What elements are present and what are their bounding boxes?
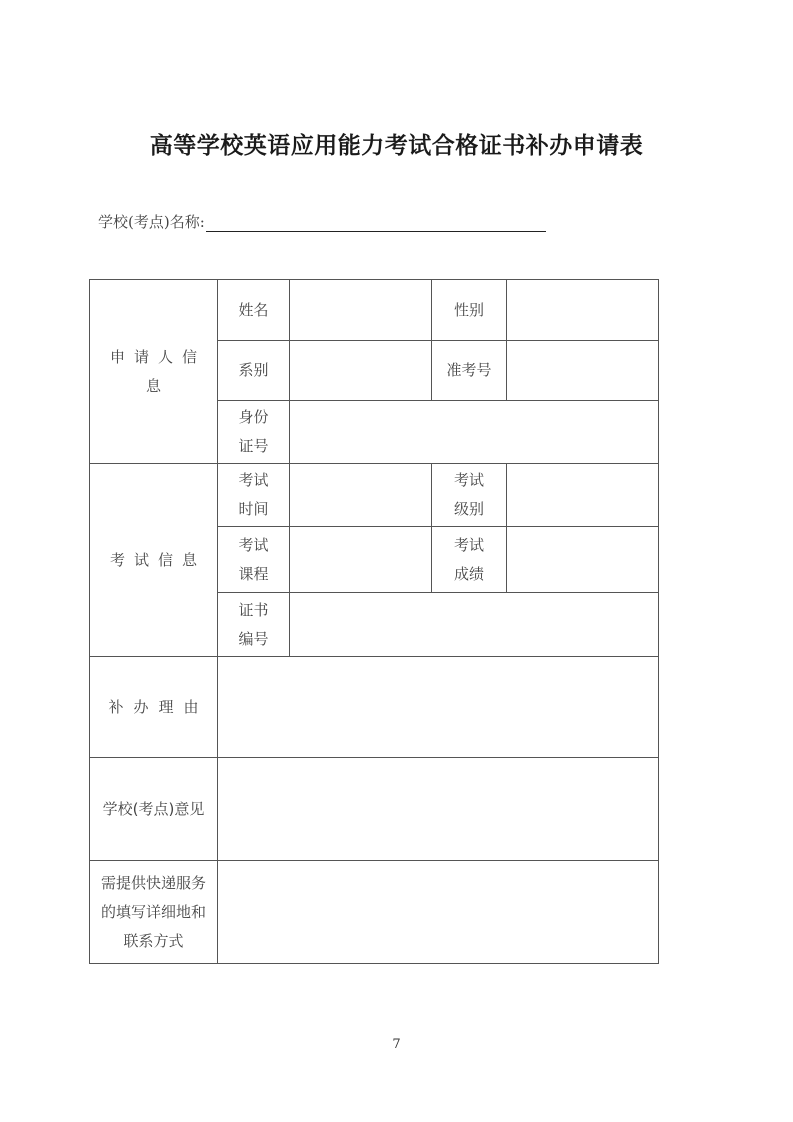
table-row: 申请人信息 姓名 性别 bbox=[90, 280, 659, 341]
section-label-applicant: 申请人信息 bbox=[90, 280, 218, 464]
field-label-department: 系别 bbox=[218, 341, 290, 401]
field-label-certificate-no: 证书 编号 bbox=[218, 593, 290, 657]
label-line: 时间 bbox=[218, 495, 289, 524]
field-label-exam-score: 考试 成绩 bbox=[432, 527, 507, 593]
reason-input[interactable] bbox=[218, 657, 659, 758]
label-line: 级别 bbox=[432, 495, 506, 524]
school-opinion-input[interactable] bbox=[218, 758, 659, 861]
table-row: 需提供快递服务 的填写详细地和 联系方式 bbox=[90, 861, 659, 964]
certificate-no-input[interactable] bbox=[290, 593, 659, 657]
table-row: 学校(考点)意见 bbox=[90, 758, 659, 861]
delivery-address-input[interactable] bbox=[218, 861, 659, 964]
section-label-exam: 考试信息 bbox=[90, 464, 218, 657]
name-input[interactable] bbox=[290, 280, 432, 341]
field-label-id-no: 身份 证号 bbox=[218, 401, 290, 464]
exam-time-input[interactable] bbox=[290, 464, 432, 527]
id-no-input[interactable] bbox=[290, 401, 659, 464]
field-label-gender: 性别 bbox=[432, 280, 507, 341]
exam-level-input[interactable] bbox=[507, 464, 659, 527]
label-line: 考试 bbox=[218, 466, 289, 495]
page-number: 7 bbox=[0, 1037, 793, 1052]
field-label-exam-time: 考试 时间 bbox=[218, 464, 290, 527]
school-name-input[interactable] bbox=[206, 215, 546, 232]
label-line: 的填写详细地和 bbox=[90, 898, 217, 927]
application-form-table: 申请人信息 姓名 性别 系别 准考号 身份 证号 考试信息 考试 时间 考试 级… bbox=[89, 279, 659, 964]
department-input[interactable] bbox=[290, 341, 432, 401]
label-line: 考试 bbox=[432, 531, 506, 560]
school-name-label: 学校(考点)名称: bbox=[98, 211, 205, 232]
exam-score-input[interactable] bbox=[507, 527, 659, 593]
label-line: 需提供快递服务 bbox=[90, 869, 217, 898]
label-line: 联系方式 bbox=[90, 927, 217, 956]
school-name-field: 学校(考点)名称: bbox=[98, 211, 546, 232]
label-line: 成绩 bbox=[432, 560, 506, 589]
table-row: 补办理由 bbox=[90, 657, 659, 758]
field-label-exam-level: 考试 级别 bbox=[432, 464, 507, 527]
section-label-school-opinion: 学校(考点)意见 bbox=[90, 758, 218, 861]
section-label-delivery: 需提供快递服务 的填写详细地和 联系方式 bbox=[90, 861, 218, 964]
label-line: 编号 bbox=[218, 625, 289, 654]
table-row: 考试信息 考试 时间 考试 级别 bbox=[90, 464, 659, 527]
gender-input[interactable] bbox=[507, 280, 659, 341]
section-label-reason: 补办理由 bbox=[90, 657, 218, 758]
exam-course-input[interactable] bbox=[290, 527, 432, 593]
label-line: 课程 bbox=[218, 560, 289, 589]
label-line: 考试 bbox=[432, 466, 506, 495]
label-line: 证书 bbox=[218, 596, 289, 625]
label-line: 证号 bbox=[218, 432, 289, 461]
label-line: 考试 bbox=[218, 531, 289, 560]
admission-no-input[interactable] bbox=[507, 341, 659, 401]
field-label-name: 姓名 bbox=[218, 280, 290, 341]
document-title: 高等学校英语应用能力考试合格证书补办申请表 bbox=[0, 127, 793, 160]
field-label-exam-course: 考试 课程 bbox=[218, 527, 290, 593]
label-line: 身份 bbox=[218, 403, 289, 432]
field-label-admission-no: 准考号 bbox=[432, 341, 507, 401]
